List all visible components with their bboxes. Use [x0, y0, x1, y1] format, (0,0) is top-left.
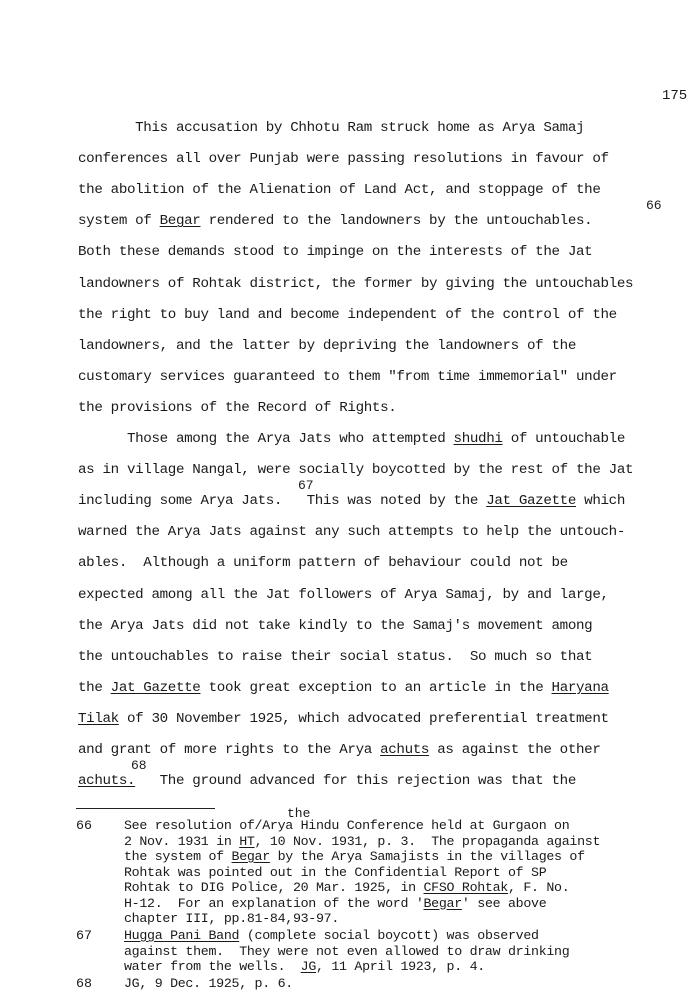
body-line: and grant of more rights to the Arya ach…	[78, 742, 601, 758]
body-line: warned the Arya Jats against any such at…	[78, 524, 625, 540]
footnote-line: Rohtak to DIG Police, 20 Mar. 1925, in C…	[124, 880, 569, 895]
footnote-line: JG, 9 Dec. 1925, p. 6.	[124, 976, 293, 991]
body-line: conferences all over Punjab were passing…	[78, 151, 609, 167]
footnote-line: against them. They were not even allowed…	[124, 944, 569, 959]
footnote-line: chapter III, pp.81-84,93-97.	[124, 911, 339, 926]
footnote-separator	[76, 808, 215, 809]
footnote-line: See resolution of/Arya Hindu Conference …	[124, 818, 569, 833]
footnote-line: H-12. For an explanation of the word 'Be…	[124, 896, 546, 911]
body-line: landowners, and the latter by depriving …	[78, 338, 576, 354]
body-line: the right to buy land and become indepen…	[78, 307, 617, 323]
body-line: This accusation by Chhotu Ram struck hom…	[78, 120, 584, 136]
footnote-number: 66	[76, 818, 92, 833]
footnote-number: 68	[76, 976, 92, 991]
footnote-line: Rohtak was pointed out in the Confidenti…	[124, 865, 546, 880]
body-line: ables. Although a uniform pattern of beh…	[78, 555, 568, 571]
body-line: the Jat Gazette took great exception to …	[78, 680, 609, 696]
body-line: system of Begar rendered to the landowne…	[78, 213, 592, 229]
page-number: 175	[662, 88, 687, 104]
footnote-line: Hugga Pani Band (complete social boycott…	[124, 928, 539, 943]
body-line: customary services guaranteed to them "f…	[78, 369, 617, 385]
body-line: achuts. The ground advanced for this rej…	[78, 773, 576, 789]
footnote-ref: 67	[298, 478, 314, 493]
body-line: the untouchables to raise their social s…	[78, 649, 592, 665]
body-line: the abolition of the Alienation of Land …	[78, 182, 601, 198]
body-line: including some Arya Jats. This was noted…	[78, 493, 625, 509]
body-line: landowners of Rohtak district, the forme…	[78, 276, 633, 292]
footnote-ref: 68	[131, 758, 147, 773]
body-line: expected among all the Jat followers of …	[78, 587, 609, 603]
body-line: the provisions of the Record of Rights.	[78, 400, 396, 416]
footnote-line: water from the wells. JG, 11 April 1923,…	[124, 959, 485, 974]
body-line: Tilak of 30 November 1925, which advocat…	[78, 711, 609, 727]
body-line: as in village Nangal, were socially boyc…	[78, 462, 633, 478]
footnote-line: the system of Begar by the Arya Samajist…	[124, 849, 585, 864]
body-line: Those among the Arya Jats who attempted …	[78, 431, 625, 447]
footnote-line: 2 Nov. 1931 in HT, 10 Nov. 1931, p. 3. T…	[124, 834, 600, 849]
footnote-number: 67	[76, 928, 92, 943]
body-line: the Arya Jats did not take kindly to the…	[78, 618, 592, 634]
body-line: Both these demands stood to impinge on t…	[78, 244, 592, 260]
footnote-ref: 66	[646, 198, 662, 213]
